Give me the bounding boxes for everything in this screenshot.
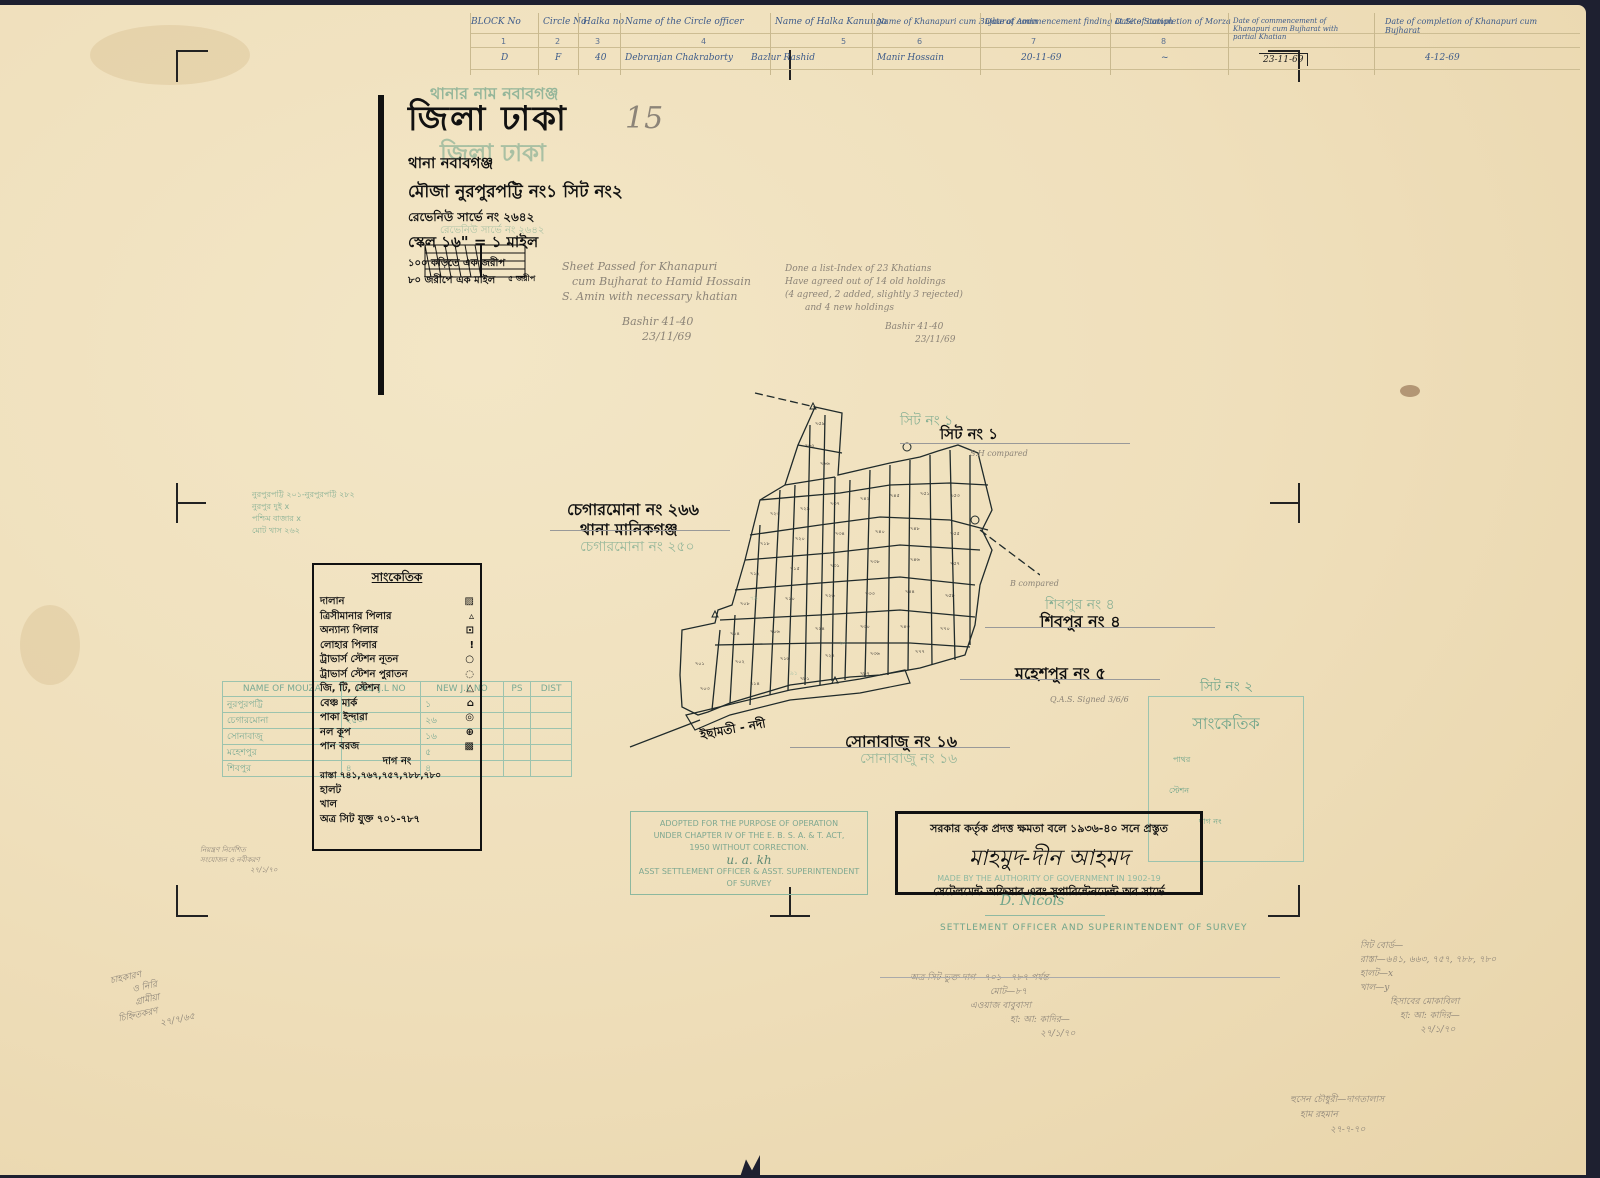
- stain: [20, 605, 80, 685]
- sheet2-row: দাগ নং: [1199, 816, 1303, 829]
- legend-item: রাস্তা ৭৪১,৭৬৭,৭৫৭,৭৮৮,৭৮০: [314, 769, 480, 784]
- rule: [790, 747, 1010, 748]
- svg-text:৭২৭: ৭২৭: [825, 653, 835, 659]
- legend-item: ত্রিসীমানার পিলার▵: [314, 610, 480, 625]
- building-icon: ▨: [465, 595, 474, 610]
- settlement-officer-title: SETTLEMENT OFFICER AND SUPERINTENDENT OF…: [940, 923, 1248, 933]
- svg-text:৭১২: ৭১২: [750, 571, 760, 577]
- traverse-new-icon: ○: [465, 653, 474, 668]
- sheet2-row: স্টেশন: [1169, 785, 1303, 798]
- cell-kanungo: Bazlur Rashid: [751, 53, 815, 63]
- svg-text:৭৭৭: ৭৭৭: [915, 649, 925, 655]
- svg-text:৭২০: ৭২০: [795, 536, 805, 542]
- svg-text:৭২৪: ৭২৪: [815, 626, 825, 632]
- svg-text:৭৩৩: ৭৩৩: [865, 591, 876, 597]
- legend-item: নল কূপ⊕: [314, 726, 480, 741]
- other-pillar-icon: ⊡: [466, 624, 474, 639]
- col-num: 5: [841, 37, 846, 46]
- government-authority-stamp: সরকার কর্তৃক প্রদত্ত ক্ষমতা বলে ১৯৩৬-৪০ …: [895, 811, 1203, 895]
- pencil-bottom-center: অত্র সিট ভুক্ত দাগ—৭০১—৭৮৭ পর্যন্ত মোট—৮…: [910, 971, 1075, 1041]
- pencil-note-sheet-passed: Sheet Passed for Khanapuri cum Bujharat …: [562, 259, 751, 344]
- pencil-maheshpur-note: Q.A.S. Signed 3/6/6: [1050, 695, 1129, 704]
- pencil-sheet1-compared: S.H compared: [970, 449, 1028, 458]
- svg-text:৭৩১: ৭৩১: [830, 563, 840, 569]
- cell-khanapuri-complete: 4-12-69: [1425, 53, 1460, 63]
- legend-item: ট্রাভার্স স্টেশন পুরাতন◌: [314, 668, 480, 683]
- svg-text:৭৩০: ৭৩০: [860, 624, 870, 630]
- col-num: 7: [1031, 37, 1036, 46]
- svg-text:৭০৪: ৭০৪: [730, 631, 740, 637]
- adopted-signature: u. a. kh: [631, 854, 867, 866]
- pencil-shibpur-note: B compared: [1010, 579, 1059, 588]
- svg-text:৭৩৮: ৭৩৮: [870, 559, 881, 565]
- traverse-old-icon: ◌: [465, 668, 474, 683]
- svg-text:৭২৯: ৭২৯: [800, 506, 810, 512]
- svg-text:৭৪৬: ৭৪৬: [910, 557, 920, 563]
- legend-item: বেঞ্চ মার্ক⌂: [314, 697, 480, 712]
- col-num: 3: [595, 37, 600, 46]
- svg-text:৭২৩: ৭২৩: [770, 511, 781, 517]
- rule: [880, 977, 1280, 978]
- col-header-circle: Circle No: [543, 17, 586, 27]
- svg-text:৭৪৩: ৭৪৩: [900, 624, 910, 630]
- legend-box: সাংকেতিক দালান▨ ত্রিসীমানার পিলার▵ অন্যা…: [312, 563, 482, 851]
- pencil-sheet-number: 15: [625, 101, 663, 136]
- col-header-completion-morza: Date of completion of Morza: [1115, 17, 1231, 26]
- svg-text:৭৫৫: ৭৫৫: [950, 531, 960, 537]
- legend-item: অন্যান্য পিলার⊡: [314, 624, 480, 639]
- legend-item: ট্রাভার্স স্টেশন নূতন○: [314, 653, 480, 668]
- trijunction-pillar-icon: ▵: [469, 610, 474, 625]
- col-num: 4: [701, 37, 706, 46]
- col-num: 2: [555, 37, 560, 46]
- cell-block: D: [501, 53, 508, 63]
- cell-amin: Manir Hossain: [877, 53, 944, 63]
- legend-item: দাগ নং: [314, 755, 480, 770]
- rule: [550, 530, 730, 531]
- well-icon: ◎: [465, 711, 474, 726]
- svg-text:৭০১: ৭০১: [695, 661, 705, 667]
- crop-mark-bottom-left: [176, 885, 208, 917]
- crop-mark-mid-right-h: [1270, 502, 1300, 504]
- svg-text:৭৯: ৭৯: [750, 595, 758, 602]
- revenue-survey-label: রেভেনিউ সার্ভে নং ২৬৪২: [408, 209, 623, 229]
- svg-text:৭০৩: ৭০৩: [700, 686, 711, 692]
- cell-khanapuri-commence: 23-11-69: [1259, 53, 1308, 66]
- svg-text:৭৫৮: ৭৫৮: [945, 593, 955, 599]
- col-num: 8: [1161, 37, 1166, 46]
- col-header-kanungo: Name of Halka Kanungo: [775, 17, 887, 27]
- svg-text:৭৫৩: ৭৫৩: [950, 493, 960, 499]
- svg-text:৭৩৭: ৭৩৭: [830, 501, 840, 507]
- col-header-khanapuri-complete: Date of completion of Khanapuri cum Bujh…: [1385, 17, 1555, 35]
- svg-text:৭৮১: ৭৮১: [800, 676, 810, 682]
- col-header-block: BLOCK No: [471, 17, 521, 27]
- cell-circle-officer: Debranjan Chakraborty: [625, 53, 733, 63]
- legend-item: অত্র সিট যুক্ত ৭০১-৭৮৭: [314, 813, 480, 828]
- iron-pillar-icon: !: [469, 639, 474, 654]
- legend-title: সাংকেতিক: [314, 569, 480, 589]
- rule: [900, 443, 1130, 444]
- col-num: 1: [501, 37, 506, 46]
- pencil-bottom-left: চাহকারণ ও নিরি গ্রামীয়া চিহ্নিতকরণ ২৭/৭…: [109, 960, 196, 1039]
- label-chegarmona-faded: চেগারমোনা নং ২৫০: [580, 535, 695, 559]
- svg-text:৭১৫: ৭১৫: [790, 566, 800, 572]
- pencil-note-holdings: Done a list-Index of 23 Khatians Have ag…: [785, 263, 963, 347]
- sheet2-legend-title: সাংকেতিক: [1149, 711, 1303, 738]
- svg-text:৭৪৮: ৭৪৮: [910, 526, 920, 532]
- svg-text:৭৪৪: ৭৪৪: [905, 589, 915, 595]
- label-sheet-1-faded: সিট নং ১: [900, 409, 953, 433]
- svg-text:৭০২: ৭০২: [735, 659, 745, 665]
- svg-text:৭১০: ৭১০: [785, 596, 795, 602]
- settlement-officer-signature: D. Nicols: [1000, 893, 1064, 909]
- rule: [985, 915, 1105, 916]
- svg-text:৭৬২: ৭৬২: [805, 443, 815, 449]
- col-num: 6: [917, 37, 922, 46]
- svg-text:৭১৪: ৭১৪: [750, 681, 760, 687]
- adopted-stamp: ADOPTED FOR THE PURPOSE OF OPERATION UND…: [630, 811, 868, 895]
- betel-garden-icon: ▩: [465, 740, 474, 755]
- pencil-bottom-right: সিট বোর্ড— রাস্তা—৬৪১, ৬৬৩, ৭৫৭, ৭৮৮, ৭৮…: [1360, 939, 1496, 1037]
- crop-mark-bottom-right: [1268, 885, 1300, 917]
- mouza-label: মৌজা নুরপুরপট্টি নং১ সিট নং২: [408, 179, 623, 207]
- pencil-left-small: নিয়ন্ত্রণ নির্দেশিত সংযোজন ও নবীকরণ ২৭/…: [200, 845, 277, 875]
- pencil-bottom-far-right: হুসেন চৌধুরী—দাগতালাস হাম রহমান ২৭-৭-৭০: [1290, 1093, 1384, 1138]
- label-maheshpur: মহেশপুর নং ৫: [1015, 661, 1106, 688]
- tubewell-icon: ⊕: [466, 726, 474, 741]
- cell-commencement: 20-11-69: [1021, 53, 1061, 63]
- svg-text:৭৬৬: ৭৬৬: [820, 461, 831, 467]
- svg-text:৭৩৬: ৭৩৬: [870, 651, 881, 657]
- thana-label: থানা নবাবগঞ্জ: [408, 152, 623, 177]
- crop-mark-bottom-center-h: [770, 915, 810, 917]
- svg-text:৯১: ৯১: [790, 670, 798, 677]
- legend-item: জি, টি, স্টেশন△: [314, 682, 480, 697]
- cell-circle: F: [555, 53, 561, 63]
- col-header: DIST: [531, 682, 572, 697]
- map-sheet: BLOCK No1D Circle No2F Halka no340 Name …: [0, 5, 1586, 1175]
- svg-text:৭৫৭: ৭৫৭: [950, 561, 960, 567]
- cell-completion-morza: ~: [1161, 53, 1169, 63]
- col-header-circle-officer: Name of the Circle officer: [625, 17, 744, 27]
- svg-text:৭৪০: ৭৪০: [875, 529, 885, 535]
- cell-halka: 40: [595, 53, 606, 63]
- svg-text:৭৫১: ৭৫১: [920, 491, 930, 497]
- label-sonabaju-faded: সোনাবাজু নং ১৬: [860, 747, 957, 771]
- svg-text:৭৫৯: ৭৫৯: [815, 421, 825, 427]
- legend-item: হালট: [314, 784, 480, 799]
- rule: [960, 679, 1160, 680]
- svg-text:৭৭০: ৭৭০: [940, 626, 950, 632]
- legend-item: লোহার পিলার!: [314, 639, 480, 654]
- crop-mark-mid-left-h: [176, 502, 206, 504]
- stain: [1400, 385, 1420, 397]
- svg-text:৭০৮: ৭০৮: [740, 601, 751, 607]
- svg-text:৭০৬: ৭০৬: [770, 629, 781, 635]
- left-middle-note: নুরপুরপট্টি ২০১-নুরপুরপট্টি ২৮২ নুরপুর দ…: [252, 489, 355, 537]
- officer-signature: মাহমুদ-দীন আহমদ: [898, 841, 1200, 878]
- stain: [90, 25, 250, 85]
- sheet2-row: পাথর: [1173, 754, 1303, 767]
- legend-item: দালান▨: [314, 595, 480, 610]
- legend-item: পান বরজ▩: [314, 740, 480, 755]
- rule: [985, 627, 1215, 628]
- label-shibpur: শিবপুর নং ৪: [1040, 609, 1121, 636]
- legend-item: পাকা ইন্দারা◎: [314, 711, 480, 726]
- svg-text:৭৮৭: ৭৮৭: [860, 671, 870, 677]
- col-header-khanapuri-commence: Date of commencement of Khanapuri cum Bu…: [1233, 17, 1363, 41]
- scale-bar: [415, 243, 565, 289]
- col-header: PS: [503, 682, 531, 697]
- svg-text:৭১৬: ৭১৬: [780, 656, 790, 662]
- svg-text:৭১৮: ৭১৮: [760, 541, 770, 547]
- crop-mark-top-left: [176, 50, 208, 82]
- col-header-halka: Halka no: [583, 17, 624, 27]
- svg-text:৭৪৫: ৭৪৫: [890, 493, 900, 499]
- register-header-table: BLOCK No1D Circle No2F Halka no340 Name …: [470, 13, 1580, 75]
- scale-bar-unit: ৫ জরীপ: [508, 273, 535, 286]
- bench-mark-icon: ⌂: [467, 697, 474, 712]
- legend-item: খাল: [314, 798, 480, 813]
- torn-edge: [740, 1155, 760, 1177]
- gt-station-icon: △: [466, 682, 474, 697]
- district-title: জিলা ঢাকা: [408, 93, 623, 150]
- svg-text:৭৩৪: ৭৩৪: [835, 531, 845, 537]
- svg-text:৭৪২: ৭৪২: [860, 496, 870, 502]
- svg-text:৮৩: ৮৩: [840, 640, 848, 647]
- svg-text:৭২৬: ৭২৬: [825, 593, 836, 599]
